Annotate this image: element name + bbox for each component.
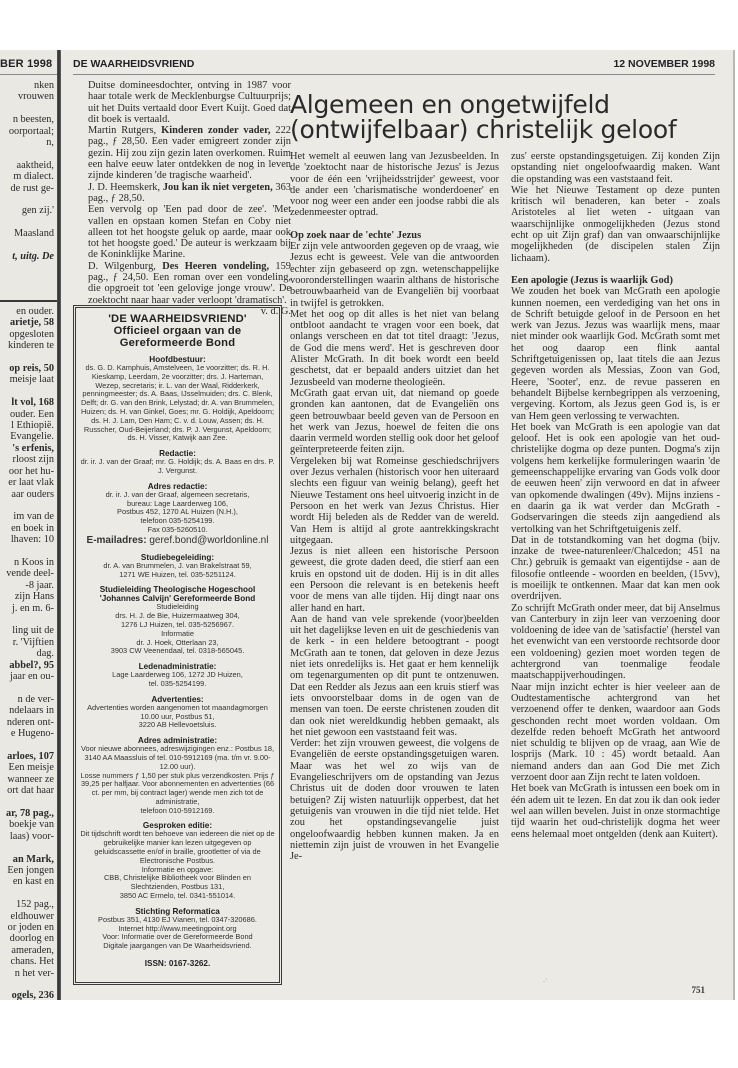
left-page-fragment: BER 1998 nkenvrouwen n beesten,oorportaa… xyxy=(0,50,57,1000)
left-divider-rule xyxy=(0,300,57,302)
article-headline: Algemeen en ongetwijfeld (ontwijfelbaar)… xyxy=(290,92,710,142)
fragment-line: abbel?, 95 xyxy=(6,660,54,671)
article-paragraph: Met het oog op dit alles is het niet van… xyxy=(290,309,499,388)
fragment-line: meisje laat xyxy=(6,374,54,385)
fragment-line: vrouwen xyxy=(9,91,54,102)
fragment-line: 's erfenis, xyxy=(6,443,54,454)
review-3: Een vervolg op 'Een pad door de zee'. 'M… xyxy=(88,204,291,260)
fragment-line: eldhouwer xyxy=(6,911,54,922)
fragment-line: m dialect. xyxy=(9,171,54,182)
fragment-line: Evangelie. xyxy=(6,431,54,442)
fragment-line: arloes, 107 xyxy=(6,751,54,762)
running-head: DE WAARHEIDSVRIEND 12 NOVEMBER 1998 xyxy=(73,58,715,75)
email-link[interactable]: geref.bond@worldonline.nl xyxy=(149,535,268,546)
article-paragraph: zus' eerste opstandingsgetuigen. Zij kon… xyxy=(511,151,720,185)
section-text: ds. G. D. Kamphuis, Amstelveen, 1e voorz… xyxy=(79,364,276,443)
article-paragraph: Het wemelt al eeuwen lang van Jezusbeeld… xyxy=(290,151,499,219)
fragment-line: e Hugeno- xyxy=(6,728,54,739)
fragment-line: lt vol, 168 xyxy=(6,397,54,408)
fragment-line: en kast en xyxy=(6,876,54,887)
fragment-line: ogels, 236 xyxy=(6,990,54,1000)
fragment-line: or joden en xyxy=(6,922,54,933)
colophon-subtitle: Gereformeerde Bond xyxy=(79,337,276,349)
issue-date: 12 NOVEMBER 1998 xyxy=(613,58,715,70)
colophon-box: 'DE WAARHEIDSVRIEND' Officieel orgaan va… xyxy=(73,305,282,985)
fragment-line xyxy=(6,682,54,693)
fragment-line: n, xyxy=(9,137,54,148)
fragment-line: Een jongen xyxy=(6,865,54,876)
fragment-line: zijn Hans xyxy=(6,591,54,602)
book-title: Des Heeren vondeling, xyxy=(162,261,269,272)
fragment-line: aaktheid, xyxy=(9,160,54,171)
section-text: telefoon 010-5912169. xyxy=(79,807,276,816)
article-paragraph: Jezus is niet alleen een historische Per… xyxy=(290,546,499,614)
publication-name: DE WAARHEIDSVRIEND xyxy=(73,58,194,70)
page-number: 751 xyxy=(692,985,706,995)
fragment-line: ar, 78 pag., xyxy=(6,808,54,819)
fragment-line: arietje, 58 xyxy=(6,317,54,328)
section-text: Dit tijdschrift wordt ten behoeve van ie… xyxy=(79,830,276,865)
fragment-line: aar ouders xyxy=(6,489,54,500)
fragment-line: ling uit de xyxy=(6,625,54,636)
fragment-line xyxy=(9,194,54,205)
fragment-line xyxy=(9,148,54,159)
article-paragraph: Verder: het zijn vrouwen geweest, die vo… xyxy=(290,738,499,862)
review-2: J. D. Heemskerk, Jou kan ik niet vergete… xyxy=(88,182,291,205)
fragment-line: laas) voor- xyxy=(6,831,54,842)
fragment-line xyxy=(6,352,54,363)
fragment-line: 152 pag., xyxy=(6,899,54,910)
magazine-page: DE WAARHEIDSVRIEND 12 NOVEMBER 1998 Duit… xyxy=(61,50,735,1000)
fragment-line: jaar en ou- xyxy=(6,671,54,682)
fragment-line: an Mark, xyxy=(6,854,54,865)
fragment-line: oorportaal; xyxy=(9,126,54,137)
fragment-line xyxy=(6,739,54,750)
fragment-line: ameraden, xyxy=(6,945,54,956)
colophon-subtitle: Officieel orgaan van de xyxy=(79,325,276,337)
article-paragraph: McGrath gaat ervan uit, dat niemand op g… xyxy=(290,388,499,456)
article-subhead: Op zoek naar de 'echte' Jezus xyxy=(290,230,499,241)
fragment-line: n de ver- xyxy=(6,694,54,705)
fragment-line: l Ethiopië. xyxy=(6,420,54,431)
section-text: Losse nummers ƒ 1,50 per stuk plus verze… xyxy=(79,772,276,807)
fragment-line: boekje van xyxy=(6,819,54,830)
fragment-line xyxy=(6,979,54,990)
fragment-line: im van de xyxy=(6,511,54,522)
section-text: 3220 AB Hellevoetsluis. xyxy=(79,721,276,730)
fragment-line xyxy=(6,614,54,625)
fragment-line: ouder. Een xyxy=(6,409,54,420)
email-label: E-mailadres: xyxy=(87,535,147,546)
section-text: CBB, Christelijke Bibliotheek voor Blind… xyxy=(79,874,276,892)
fragment-line xyxy=(6,888,54,899)
email-line: E-mailadres: geref.bond@worldonline.nl xyxy=(79,535,276,547)
fragment-line: chans. Het xyxy=(6,956,54,967)
fragment-line: op reis, 50 xyxy=(6,363,54,374)
review-4: D. Wilgenburg, Des Heeren vondeling, 159… xyxy=(88,261,291,306)
fragment-line xyxy=(9,217,54,228)
article-paragraph: Het boek van McGrath is een apologie van… xyxy=(511,422,720,535)
article-paragraph: Naar mijn inzicht echter is hier veeleer… xyxy=(511,682,720,784)
fragment-line: kinderen te xyxy=(6,340,54,351)
fragment-line: Maasland xyxy=(9,228,54,239)
left-bottom-fragments: en ouder.arietje, 58opgeslotenkinderen t… xyxy=(6,306,54,1000)
print-speck: .· xyxy=(543,975,548,984)
fragment-line: dag. xyxy=(6,648,54,659)
left-head-rule xyxy=(0,74,57,75)
fragment-line: en boek in xyxy=(6,523,54,534)
section-heading: Studieleiding Theologische Hogeschool 'J… xyxy=(79,585,276,603)
fragment-line: wanneer ze xyxy=(6,774,54,785)
fragment-line: -8 jaar. xyxy=(6,580,54,591)
fragment-line: doorlog en xyxy=(6,933,54,944)
fragment-line: nken xyxy=(9,80,54,91)
article-paragraph: Het boek van McGrath is intussen een boe… xyxy=(511,783,720,839)
fragment-line xyxy=(9,103,54,114)
section-text: 1271 WE Huizen, tel. 035-5251124. xyxy=(79,571,276,580)
fragment-line: rloost zijn xyxy=(6,454,54,465)
fragment-line: en ouder. xyxy=(6,306,54,317)
article-paragraph: Vergeleken bij wat Romeinse geschiedschr… xyxy=(290,456,499,546)
fragment-line: t, uitg. De xyxy=(9,251,54,262)
fragment-line: opgesloten xyxy=(6,329,54,340)
review-1: Martin Rutgers, Kinderen zonder vader, 2… xyxy=(88,125,291,181)
fragment-line xyxy=(6,500,54,511)
article-paragraph: Zo schrijft McGrath onder meer, dat bij … xyxy=(511,603,720,682)
article-subhead: Een apologie (Jezus is waarlijk God) xyxy=(511,275,720,286)
fragment-line: gen zij.' xyxy=(9,205,54,216)
fragment-line: n Koos in xyxy=(6,557,54,568)
fragment-line: oor het hu- xyxy=(6,466,54,477)
fragment-line xyxy=(6,546,54,557)
section-text: Fax 035-5260510. xyxy=(79,526,276,535)
fragment-line: n beesten, xyxy=(9,114,54,125)
fragment-line: lhaven: 10 xyxy=(6,534,54,545)
section-text: 3850 AC Ermelo, tel. 0341-551014. xyxy=(79,892,276,901)
review-0: Duitse domineesdochter, ontving in 1987 … xyxy=(88,80,291,125)
section-text: Digitale jaargangen van De Waarheidsvrie… xyxy=(79,942,276,951)
left-page-running-head: BER 1998 xyxy=(0,58,52,70)
issn: ISSN: 0167-3262. xyxy=(79,959,276,968)
section-text: dr. ir. J. van der Graaf; mr. G. Holdijk… xyxy=(79,458,276,476)
article-column-3: zus' eerste opstandingsgetuigen. Zij kon… xyxy=(511,151,720,840)
section-text: Voor nieuwe abonnees, adreswijzigingen e… xyxy=(79,745,276,771)
fragment-line xyxy=(6,796,54,807)
fragment-line xyxy=(9,240,54,251)
article-paragraph: Dat in de totstandkoming van het dogma (… xyxy=(511,535,720,603)
fragment-line: n het ver- xyxy=(6,968,54,979)
fragment-line: r. 'Vijftien xyxy=(6,637,54,648)
section-text: tel. 035-5254199. xyxy=(79,680,276,689)
fragment-line xyxy=(6,842,54,853)
fragment-line: de rust ge- xyxy=(9,183,54,194)
article-paragraph: Aan de hand van vele sprekende (voor)bee… xyxy=(290,614,499,738)
article-paragraph: Er zijn vele antwoorden gegeven op de vr… xyxy=(290,241,499,309)
book-reviews-column: Duitse domineesdochter, ontving in 1987 … xyxy=(88,80,291,317)
section-text: 3903 CW Veenendaal, tel. 0318-565045. xyxy=(79,647,276,656)
fragment-line: er laat vlak xyxy=(6,477,54,488)
fragment-line: nderen ont- xyxy=(6,717,54,728)
book-title: Kinderen zonder vader, xyxy=(161,125,270,136)
section-text: Advertenties worden aangenomen tot maand… xyxy=(79,704,276,722)
fragment-line: vende deel- xyxy=(6,568,54,579)
article-paragraph: We zouden het boek van McGrath een apolo… xyxy=(511,286,720,422)
left-top-fragments: nkenvrouwen n beesten,oorportaal;n, aakt… xyxy=(9,80,54,263)
article-column-2: Het wemelt al eeuwen lang van Jezusbeeld… xyxy=(290,151,499,862)
fragment-line: ndelaars in xyxy=(6,705,54,716)
colophon-title: 'DE WAARHEIDSVRIEND' xyxy=(79,313,276,325)
article-paragraph: Wie het Nieuwe Testament op deze punten … xyxy=(511,185,720,264)
fragment-line: ort dat haar xyxy=(6,785,54,796)
fragment-line xyxy=(6,386,54,397)
fragment-line: Een meisje xyxy=(6,762,54,773)
book-title: Jou kan ik niet vergeten, xyxy=(163,182,273,193)
fragment-line: j. en m. 6- xyxy=(6,603,54,614)
